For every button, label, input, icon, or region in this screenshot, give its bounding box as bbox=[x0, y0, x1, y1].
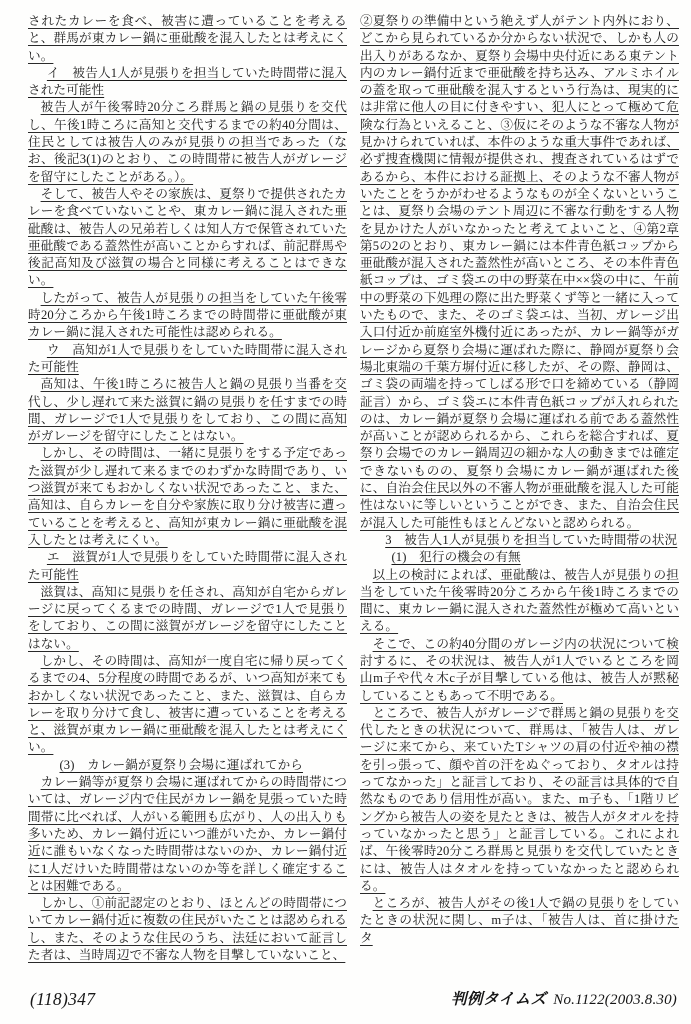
journal-issue: No.1122(2003.8.30) bbox=[553, 992, 677, 1008]
right-column: ②夏祭りの準備中という絶えず人がテント内外におり、どこから見られているか分からな… bbox=[360, 13, 679, 964]
paragraph: カレー鍋等が夏祭り会場に運ばれてからの時間帯については、ガレージ内で住民がカレー… bbox=[28, 774, 347, 895]
journal-logo: 判例タイムズ bbox=[451, 991, 547, 1008]
journal-footer: 判例タイムズ No.1122(2003.8.30) bbox=[451, 987, 677, 1009]
paragraph: 滋賀は、高知に見張りを任され、高知が自宅からガレージに戻ってくるまでの時間、ガレ… bbox=[28, 584, 347, 653]
paragraph: 高知は、午後1時ころに被告人と鍋の見張り当番を交代し、少し遅れて来た滋賀に鍋の見… bbox=[28, 376, 347, 445]
section-heading: (1) 犯行の機会の有無 bbox=[360, 549, 679, 566]
paragraph: 被告人が午後零時20分ころ群馬と鍋の見張りを交代し、午後1時ころに高知と交代する… bbox=[28, 99, 347, 185]
paragraph: したがって、被告人が見張りの担当をしていた午後零時20分ころから午後1時ころまで… bbox=[28, 290, 347, 342]
left-column: されたカレーを食べ、被害に遭っていることを考えると、群馬が東カレー鍋に亜砒酸を混… bbox=[28, 13, 347, 964]
section-heading: 3 被告人1人が見張りを担当していた時間帯の状況 bbox=[360, 532, 679, 549]
paragraph: ところで、被告人がガレージで群馬と鍋の見張りを交代したときの状況について、群馬は… bbox=[360, 705, 679, 895]
section-heading: イ 被告人1人が見張りを担当していた時間帯に混入された可能性 bbox=[28, 65, 347, 100]
section-heading: ウ 高知が1人で見張りをしていた時間帯に混入された可能性 bbox=[28, 342, 347, 377]
paragraph: ところが、被告人がその後1人で鍋の見張りをしていたときの状況に関し、m子は、「被… bbox=[360, 895, 679, 947]
paragraph: しかし、その時間は、一緒に見張りをする予定であった滋賀が少し遅れて来るまでのわず… bbox=[28, 445, 347, 549]
paragraph: そして、被告人やその家族は、夏祭りで提供されたカレーを食べていないことや、東カレ… bbox=[28, 186, 347, 290]
text-columns: されたカレーを食べ、被害に遭っていることを考えると、群馬が東カレー鍋に亜砒酸を混… bbox=[0, 0, 691, 964]
paragraph: 以上の検討によれば、亜砒酸は、被告人が見張りの担当をしていた午後零時20分ころか… bbox=[360, 567, 679, 636]
page-number: (118)347 bbox=[30, 989, 95, 1010]
paragraph: しかし、その時間は、高知が一度自宅に帰り戻ってくるまでの4、5分程度の時間である… bbox=[28, 653, 347, 757]
paragraph: されたカレーを食べ、被害に遭っていることを考えると、群馬が東カレー鍋に亜砒酸を混… bbox=[28, 13, 347, 65]
paragraph: しかし、①前記認定のとおり、ほとんどの時間帯についてカレー鍋付近に複数の住民がい… bbox=[28, 895, 347, 964]
journal-page: されたカレーを食べ、被害に遭っていることを考えると、群馬が東カレー鍋に亜砒酸を混… bbox=[0, 0, 691, 1024]
paragraph: ②夏祭りの準備中という絶えず人がテント内外におり、どこから見られているか分からな… bbox=[360, 13, 679, 532]
paragraph: そこで、この約40分間のガレージ内の状況について検討するに、その状況は、被告人が… bbox=[360, 636, 679, 705]
section-heading: エ 滋賀が1人で見張りをしていた時間帯に混入された可能性 bbox=[28, 549, 347, 584]
section-heading: (3) カレー鍋が夏祭り会場に運ばれてから bbox=[28, 757, 347, 774]
